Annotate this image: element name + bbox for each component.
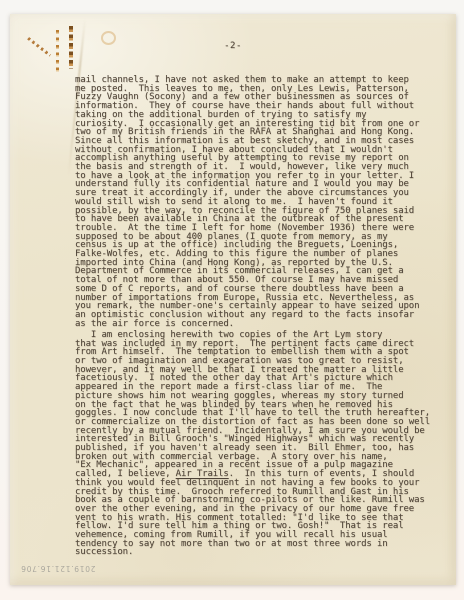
letter-body: mail channels, I have not asked them to …: [75, 76, 453, 557]
letter-line: as the air force is concerned.: [75, 320, 453, 329]
rust-stain-vertical-1: [56, 30, 59, 75]
paragraph-1: mail channels, I have not asked them to …: [75, 76, 453, 328]
paragraph-2: I am enclosing herewith two copies of th…: [75, 331, 453, 557]
letter-line: succession.: [75, 548, 453, 557]
accession-number-pencil: 2019.121.16.706: [18, 564, 98, 573]
page-number: -2-: [10, 41, 456, 51]
letter-page: -2- mail channels, I have not asked them…: [10, 14, 456, 585]
